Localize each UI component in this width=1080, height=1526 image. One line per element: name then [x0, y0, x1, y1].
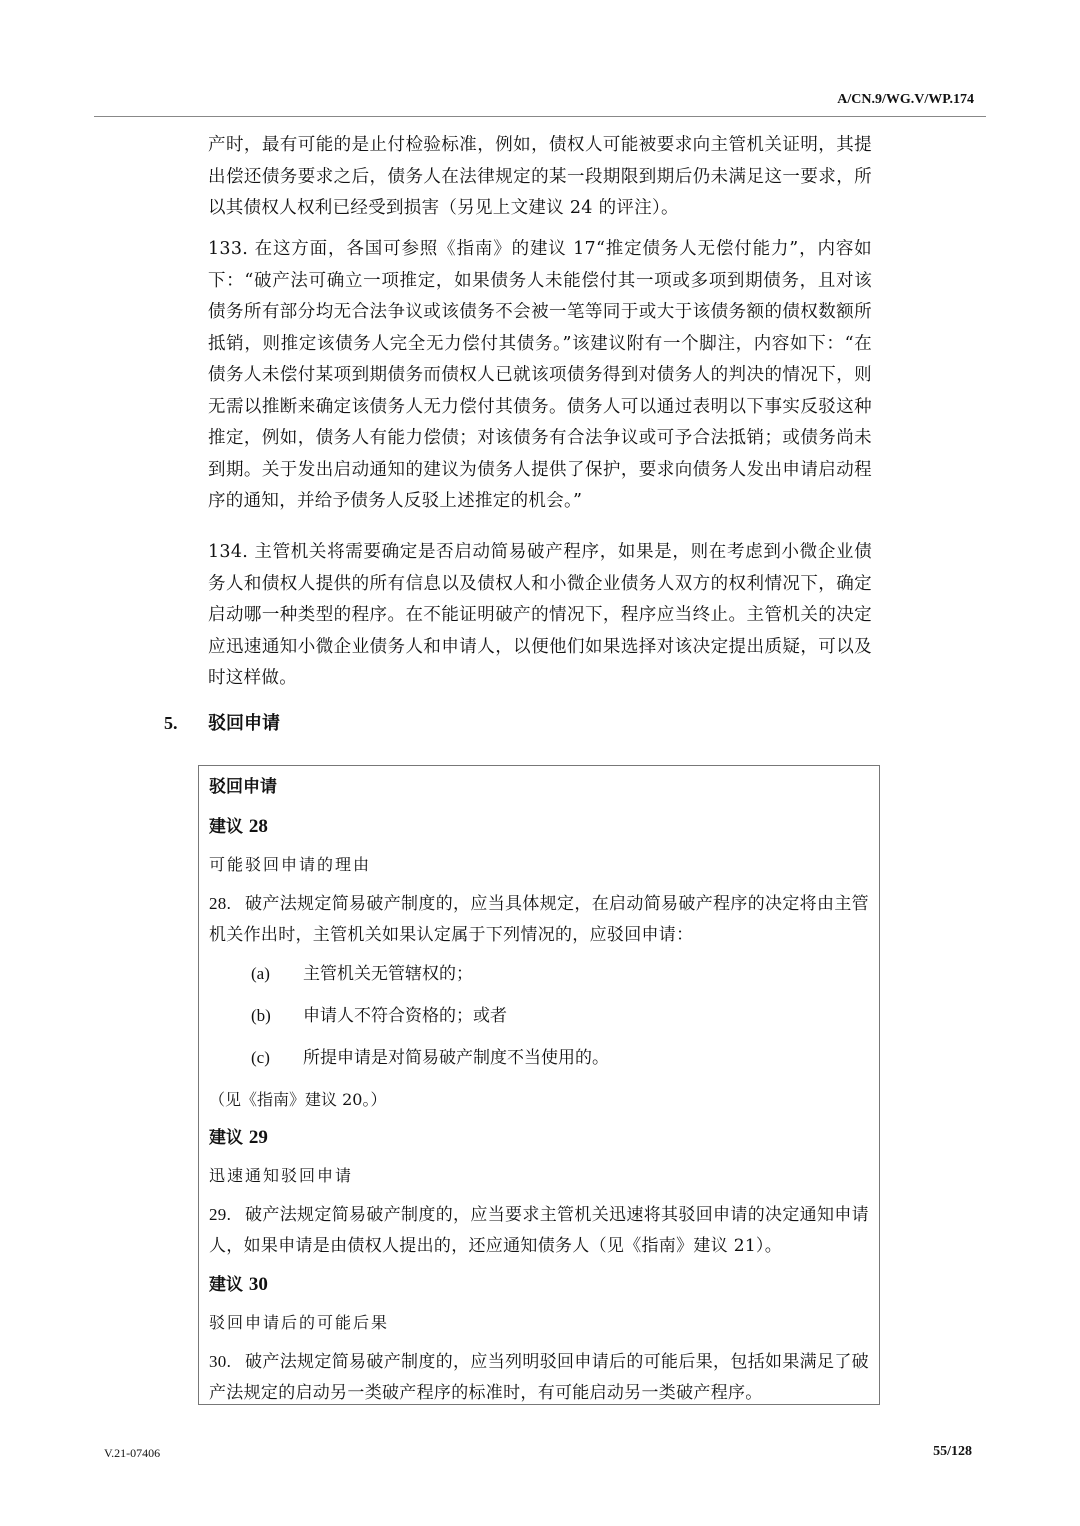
list-item-b: (b)申请人不符合资格的；或者 [251, 1001, 869, 1031]
rec-para-number: 30. [209, 1346, 245, 1377]
list-item-c: (c)所提申请是对简易破产制度不当使用的。 [251, 1043, 869, 1073]
rec-number: 29 [249, 1127, 268, 1148]
section-number: 5. [164, 713, 208, 734]
item-text: 所提申请是对简易破产制度不当使用的。 [303, 1048, 609, 1068]
rec-body: 破产法规定简易破产制度的，应当要求主管机关迅速将其驳回申请的决定通知申请人，如果… [209, 1205, 869, 1256]
item-label: (c) [251, 1043, 303, 1073]
recommendation-note: （见《指南》建议 20。） [209, 1085, 869, 1115]
rec-body: 破产法规定简易破产制度的，应当具体规定，在启动简易破产程序的决定将由主管机关作出… [209, 894, 869, 945]
recommendation-label: 建议 28 [209, 812, 869, 842]
page-number: 55/128 [933, 1444, 972, 1460]
document-symbol: A/CN.9/WG.V/WP.174 [837, 92, 974, 108]
paragraph-text: 133. 在这方面，各国可参照《指南》的建议 17“推定债务人无偿付能力”，内容… [208, 234, 872, 518]
paragraph-133: 133. 在这方面，各国可参照《指南》的建议 17“推定债务人无偿付能力”，内容… [208, 234, 872, 528]
rec-label-text: 建议 [209, 1275, 243, 1295]
box-title: 驳回申请 [209, 772, 869, 802]
rec-label-text: 建议 [209, 817, 243, 837]
recommendation-30: 建议 30 驳回申请后的可能后果 30.破产法规定简易破产制度的，应当列明驳回申… [209, 1270, 869, 1409]
rec-para-number: 28. [209, 888, 245, 919]
recommendation-label: 建议 29 [209, 1123, 869, 1153]
item-label: (b) [251, 1001, 303, 1031]
recommendation-subtitle: 驳回申请后的可能后果 [209, 1308, 869, 1338]
job-number: V.21-07406 [104, 1446, 160, 1461]
paragraph-continuation: 产时，最有可能的是止付检验标准，例如，债权人可能被要求向主管机关证明，其提出偿还… [208, 130, 872, 235]
recommendation-text: 30.破产法规定简易破产制度的，应当列明驳回申请后的可能后果，包括如果满足了破产… [209, 1346, 869, 1409]
recommendation-text: 29.破产法规定简易破产制度的，应当要求主管机关迅速将其驳回申请的决定通知申请人… [209, 1199, 869, 1262]
section-heading: 5.驳回申请 [164, 709, 280, 735]
section-title: 驳回申请 [208, 713, 280, 734]
recommendation-label: 建议 30 [209, 1270, 869, 1300]
item-label: (a) [251, 959, 303, 989]
rec-number: 30 [249, 1274, 268, 1295]
recommendation-subtitle: 迅速通知驳回申请 [209, 1161, 869, 1191]
rec-number: 28 [249, 816, 268, 837]
rec-label-text: 建议 [209, 1128, 243, 1148]
list-item-a: (a)主管机关无管辖权的； [251, 959, 869, 989]
paragraph-134: 134. 主管机关将需要确定是否启动简易破产程序，如果是，则在考虑到小微企业债务… [208, 537, 872, 705]
recommendation-text: 28.破产法规定简易破产制度的，应当具体规定，在启动简易破产程序的决定将由主管机… [209, 888, 869, 951]
header-divider [94, 116, 986, 117]
item-text: 主管机关无管辖权的； [303, 964, 473, 984]
rec-para-number: 29. [209, 1199, 245, 1230]
recommendation-subtitle: 可能驳回申请的理由 [209, 850, 869, 880]
recommendation-28: 建议 28 可能驳回申请的理由 28.破产法规定简易破产制度的，应当具体规定，在… [209, 812, 869, 1115]
rec-body: 破产法规定简易破产制度的，应当列明驳回申请后的可能后果，包括如果满足了破产法规定… [209, 1352, 869, 1403]
paragraph-text: 134. 主管机关将需要确定是否启动简易破产程序，如果是，则在考虑到小微企业债务… [208, 537, 872, 695]
paragraph-text: 产时，最有可能的是止付检验标准，例如，债权人可能被要求向主管机关证明，其提出偿还… [208, 130, 872, 225]
recommendations-box: 驳回申请 建议 28 可能驳回申请的理由 28.破产法规定简易破产制度的，应当具… [198, 765, 880, 1405]
recommendation-29: 建议 29 迅速通知驳回申请 29.破产法规定简易破产制度的，应当要求主管机关迅… [209, 1123, 869, 1262]
item-text: 申请人不符合资格的；或者 [303, 1006, 507, 1026]
